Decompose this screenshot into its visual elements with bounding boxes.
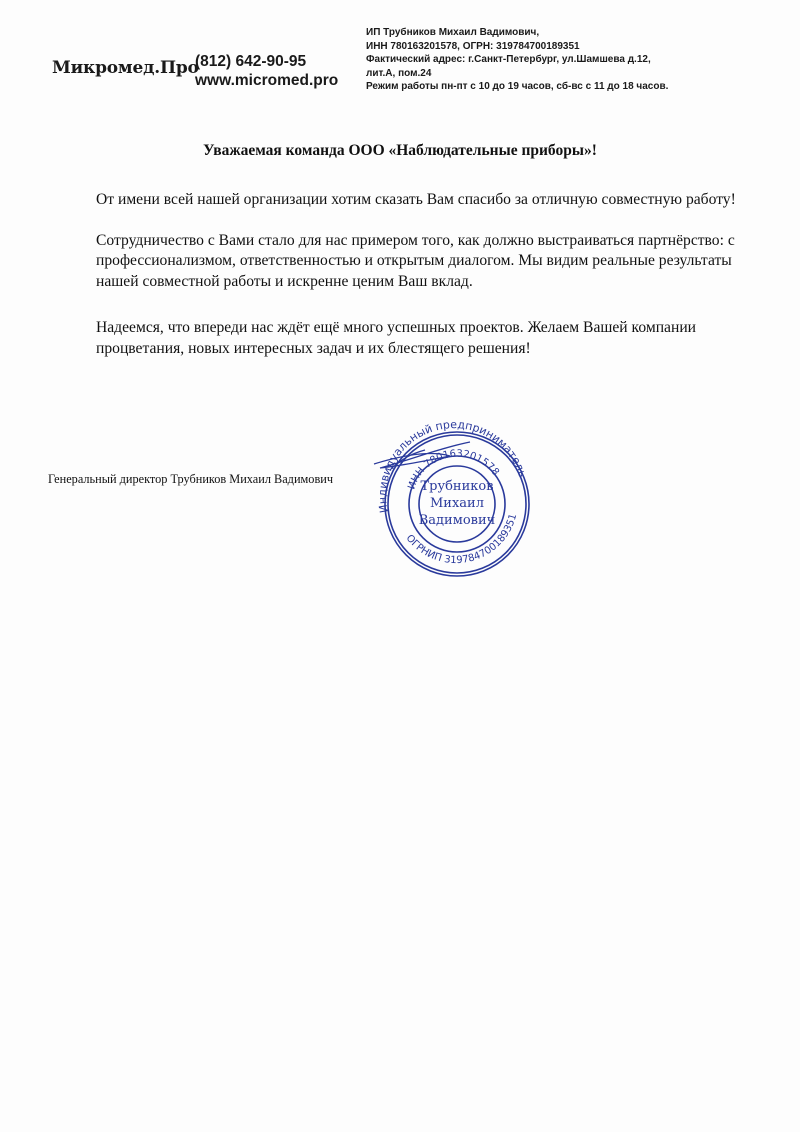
company-info-line: ИП Трубников Михаил Вадимович, [366, 26, 668, 40]
stamp-center-line: Вадимович [419, 513, 496, 528]
company-logo: Микромед.Про [52, 58, 199, 78]
letter-body: От имени всей нашей организации хотим ск… [96, 190, 736, 379]
letter-paragraph: От имени всей нашей организации хотим ск… [96, 190, 736, 211]
company-info-line: Режим работы пн-пт с 10 до 19 часов, сб-… [366, 80, 668, 94]
company-info-line: лит.А, пом.24 [366, 67, 668, 81]
stamp-center-line: Трубников [420, 479, 493, 494]
letter-paragraph: Сотрудничество с Вами стало для нас прим… [96, 231, 736, 293]
company-info-line: Фактический адрес: г.Санкт-Петербург, ул… [366, 53, 668, 67]
letter-greeting: Уважаемая команда ООО «Наблюдательные пр… [0, 142, 800, 160]
phone-number: (812) 642-90-95 [195, 52, 338, 71]
website-url: www.micromed.pro [195, 71, 338, 90]
company-info-block: ИП Трубников Михаил Вадимович, ИНН 78016… [366, 26, 668, 94]
signature-line: Генеральный директор Трубников Михаил Ва… [48, 472, 333, 487]
company-info-line: ИНН 780163201578, ОГРН: 319784700189351 [366, 40, 668, 54]
company-stamp: Индивидуальный предприниматель ОГРНИП 31… [370, 420, 540, 580]
stamp-center-line: Михаил [430, 496, 484, 511]
contacts-block: (812) 642-90-95 www.micromed.pro [195, 52, 338, 90]
letter-paragraph: Надеемся, что впереди нас ждёт ещё много… [96, 318, 736, 359]
stamp-seal-icon: Индивидуальный предприниматель ОГРНИП 31… [370, 420, 540, 580]
